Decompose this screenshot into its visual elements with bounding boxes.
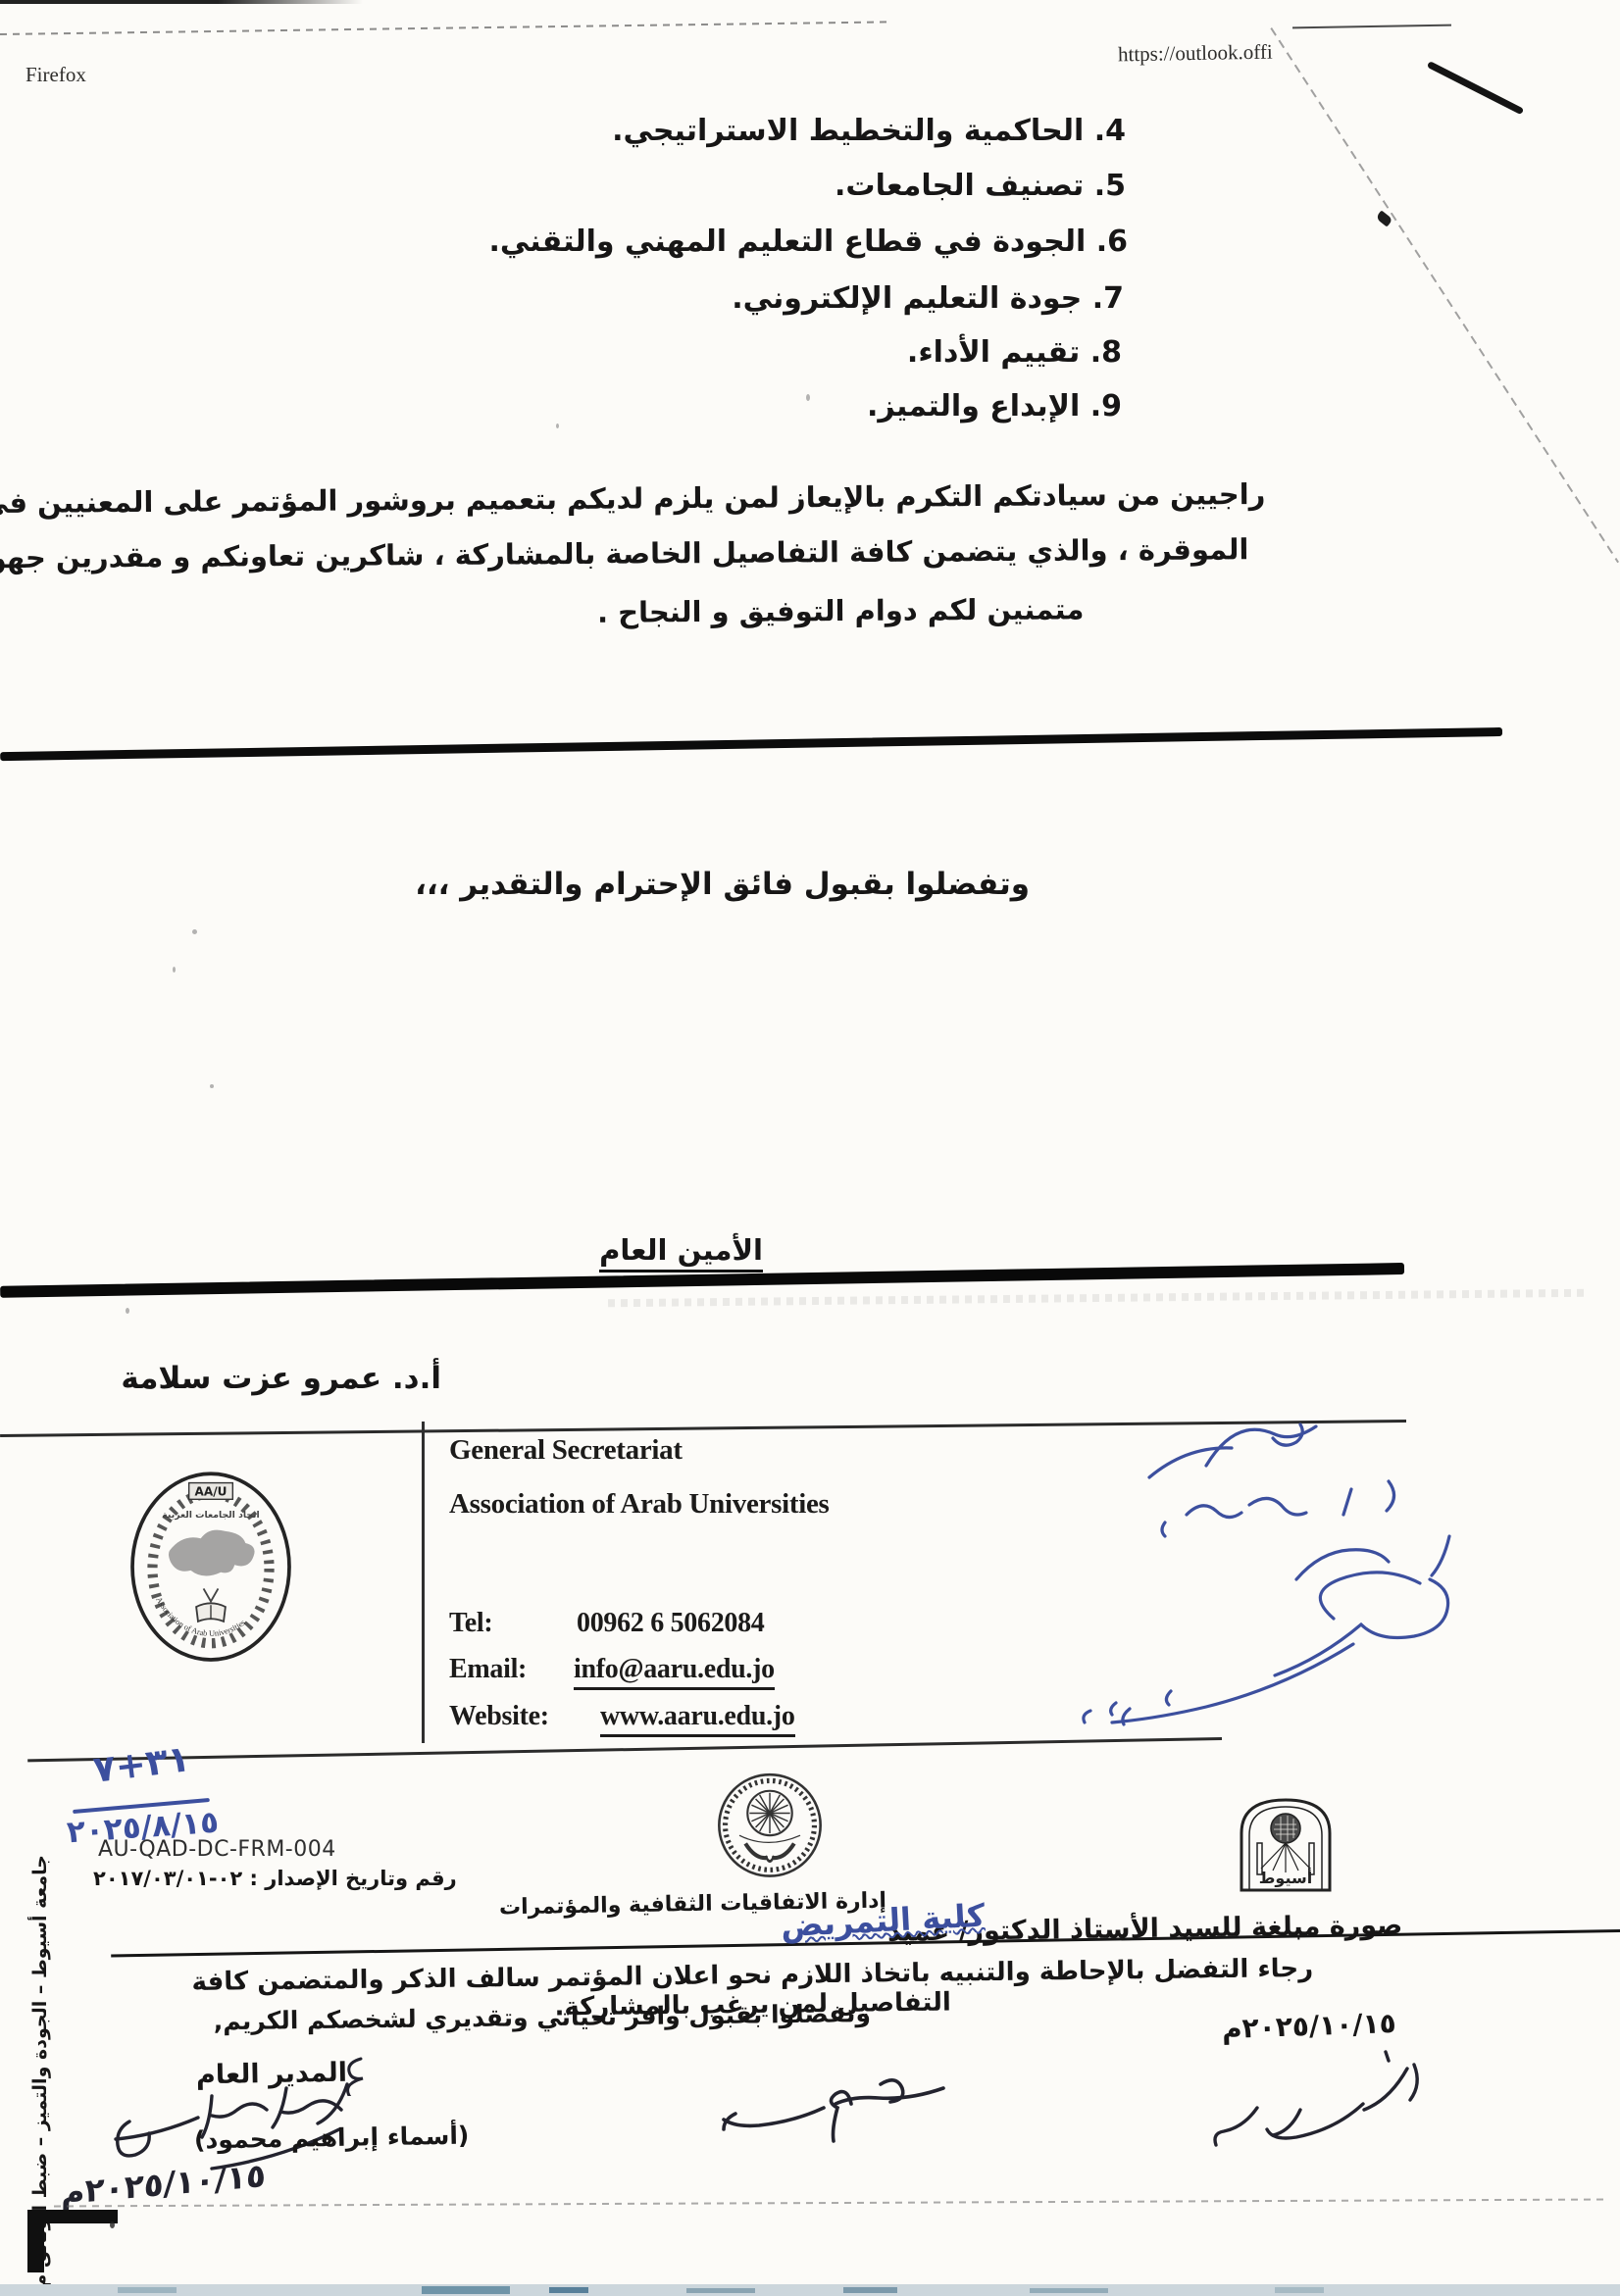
signature-right	[1206, 2047, 1437, 2155]
gm-date-handwritten: ٢٠٢٥/١٠/١٥م	[61, 2156, 266, 2212]
paragraph-line: راجيين من سيادتكم التكرم بالإيعاز لمن يل…	[0, 477, 1265, 521]
paragraph-line: الموقرة ، والذي يتضمن كافة التفاصيل الخا…	[0, 532, 1248, 575]
letterhead-bottom-line	[27, 1737, 1222, 1762]
list-item: 5. تصنيف الجامعات.	[835, 169, 1126, 203]
list-item: 6. الجودة في قطاع التعليم المهني والتقني…	[489, 225, 1128, 259]
logo-arabic-text: اتحاد الجامعات العربية	[162, 1510, 259, 1521]
scan-line-top	[0, 21, 887, 35]
browser-app-label: Firefox	[25, 63, 86, 87]
org-name-en-1: General Secretariat	[449, 1434, 683, 1467]
fold-top-line	[1292, 25, 1451, 29]
corner-bracket-vertical	[27, 2210, 44, 2272]
scan-top-edge-mark	[0, 0, 363, 4]
conference-dept-stamp	[708, 1769, 832, 1890]
scan-smudge	[608, 1289, 1589, 1307]
logo-top-text: AA/U	[195, 1485, 228, 1499]
assiut-university-stamp: أسيوط	[1232, 1792, 1340, 1896]
scan-line-bottom	[54, 2199, 1608, 2208]
thick-divider-1	[0, 727, 1502, 761]
assiut-stamp-label: أسيوط	[1259, 1868, 1312, 1887]
paragraph-line: متمنين لكم دوام التوفيق و النجاح .	[596, 592, 1084, 628]
signer-name: أ.د. عمرو عزت سلامة	[121, 1361, 441, 1396]
list-item: 9. الإبداع والتميز.	[867, 389, 1122, 424]
letterhead-divider	[422, 1422, 425, 1743]
pen-mark-top-right	[1427, 61, 1524, 115]
blue-note-sum: ٣١+٧	[91, 1737, 192, 1791]
list-item: 4. الحاكمية والتخطيط الاستراتيجي.	[612, 114, 1126, 148]
gm-name: (أسماء إبراهيم محمود)	[194, 2121, 470, 2155]
scanned-letter-page: Firefox https://outlook.offi 4. الحاكمية…	[0, 0, 1620, 2296]
issue-date-line: رقم وتاريخ الإصدار : ٠٢-٢٠١٧/٠٣/٠١	[93, 1867, 457, 1890]
website-value: www.aaru.edu.jo	[600, 1701, 795, 1737]
signature-center	[706, 2061, 961, 2159]
forward-closing-line: وتفضلوا بقبول وافر تحياتي وتقديري لشخصكم…	[400, 1999, 871, 2033]
scanner-edge-strip	[0, 2284, 1620, 2296]
email-label: Email:	[449, 1654, 527, 1685]
tel-value: 00962 6 5062084	[577, 1608, 765, 1639]
aau-logo: AA/U اتحاد الجامعات العربية Association …	[120, 1459, 302, 1678]
tel-label: Tel:	[449, 1608, 492, 1639]
fold-crease-line	[1270, 27, 1619, 563]
list-item: 8. تقييم الأداء.	[907, 335, 1122, 370]
website-label: Website:	[449, 1701, 549, 1732]
forward-date: ٢٠٢٥/١٠/١٥م	[1222, 2007, 1397, 2045]
browser-url-text: https://outlook.offi	[1118, 40, 1273, 68]
email-value: info@aaru.edu.jo	[574, 1654, 775, 1690]
handwritten-blue-note	[1039, 1387, 1500, 1732]
list-item: 7. جودة التعليم الإلكتروني.	[732, 281, 1124, 316]
closing-line: وتفضلوا بقبول فائق الإحترام والتقدير ،،،	[415, 867, 1030, 902]
org-name-en-2: Association of Arab Universities	[449, 1488, 830, 1521]
form-code: AU-QAD-DC-FRM-004	[98, 1837, 336, 1862]
side-control-text: جامعة أسيوط – الجودة والتميز – ضبط الوثا…	[29, 1855, 51, 2208]
signer-title: الأمين العام	[599, 1233, 763, 1273]
